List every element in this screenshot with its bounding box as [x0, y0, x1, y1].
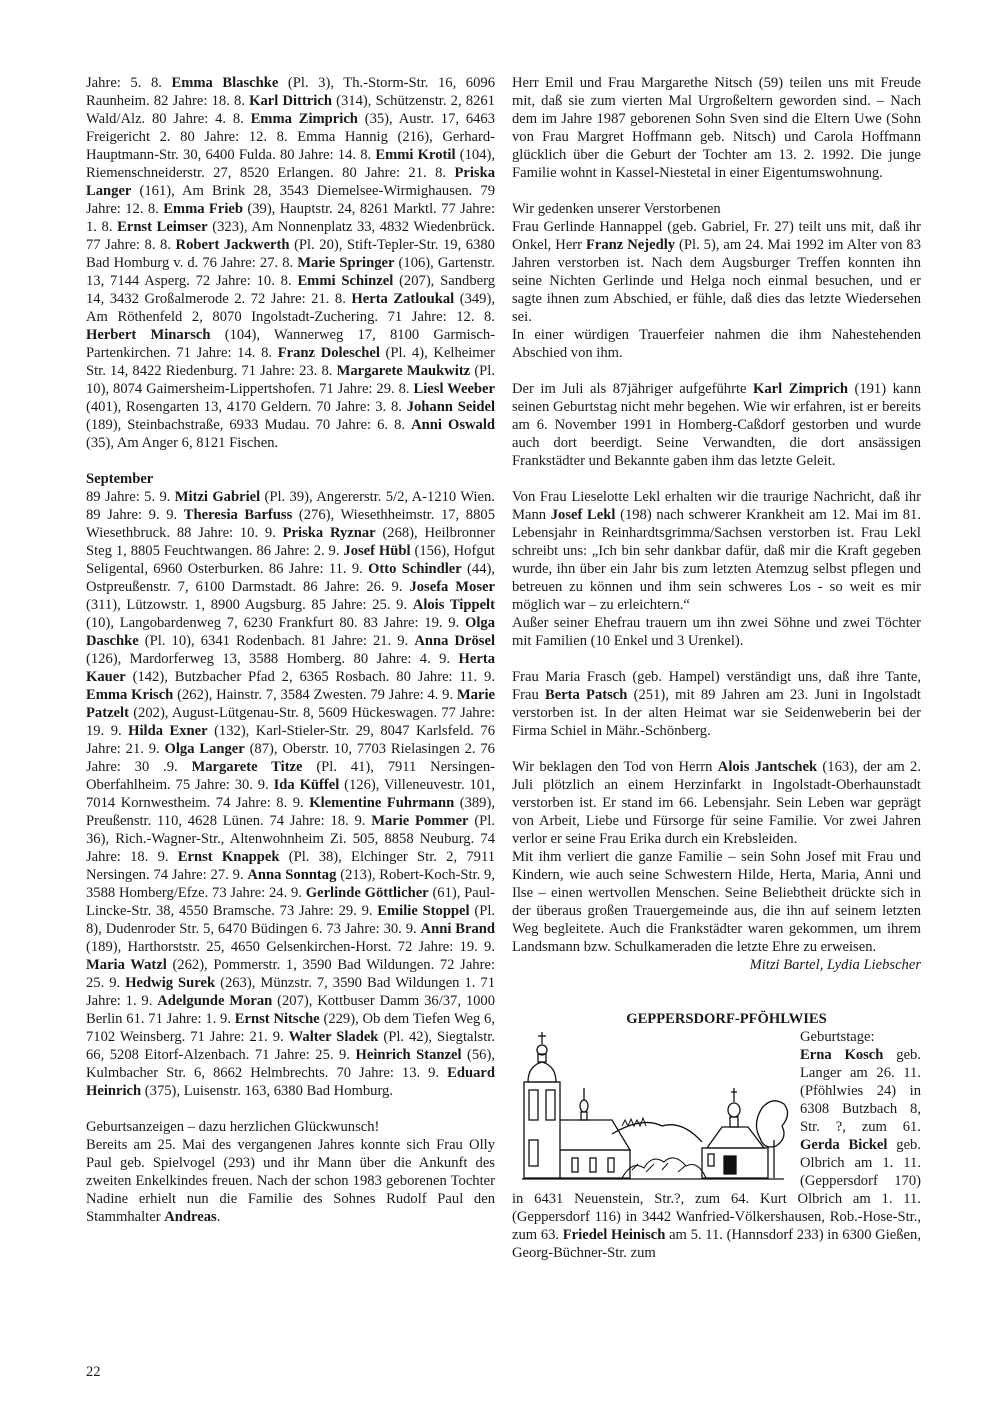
person-name: Maria Watzl	[86, 957, 167, 973]
person-name: Adelgunde Moran	[157, 993, 272, 1009]
signature: Mitzi Bartel, Lydia Liebscher	[750, 956, 921, 974]
nitsch-paragraph: Herr Emil und Frau Margarethe Nitsch (59…	[512, 74, 921, 182]
person-name: Berta Patsch	[545, 687, 627, 703]
person-name: Margarete Maukwitz	[337, 363, 471, 379]
person-name: Theresia Barfuss	[184, 507, 293, 523]
left-column: Jahre: 5. 8. Emma Blaschke (Pl. 3), Th.-…	[86, 74, 495, 1226]
births-heading: Geburtsanzeigen – dazu herzlichen Glückw…	[86, 1118, 495, 1136]
person-name: Herta Zatloukal	[351, 291, 454, 307]
person-name: Josef Lekl	[551, 507, 616, 523]
right-column: Herr Emil und Frau Margarethe Nitsch (59…	[512, 74, 921, 1262]
person-name: Robert Jackwerth	[176, 237, 290, 253]
person-name: Emma Blaschke	[171, 75, 278, 91]
person-name: Emma Frieb	[163, 201, 243, 217]
person-name: Ernst Leimser	[117, 219, 208, 235]
deceased-heading: Wir gedenken unserer Verstorbenen	[512, 200, 921, 218]
person-name: Ernst Knappek	[178, 849, 280, 865]
person-name: Franz Nejedly	[586, 237, 675, 253]
nejedly-paragraph: Frau Gerlinde Hannappel (geb. Gabriel, F…	[512, 218, 921, 326]
september-heading: September	[86, 470, 495, 488]
person-name: Emilie Stoppel	[377, 903, 469, 919]
person-name: Anni Brand	[421, 921, 495, 937]
person-name: Alois Jantschek	[718, 759, 817, 775]
person-name: Marie Springer	[297, 255, 394, 271]
person-name: Hilda Exner	[128, 723, 207, 739]
person-name: Marie Pommer	[371, 813, 468, 829]
person-name: Franz Doleschel	[278, 345, 380, 361]
person-name: Herbert Minarsch	[86, 327, 210, 343]
person-name: Hedwig Surek	[125, 975, 215, 991]
person-name: Emma Zimprich	[251, 111, 358, 127]
person-name: Heinrich Stanzel	[355, 1047, 461, 1063]
person-name: Karl Dittrich	[249, 93, 332, 109]
births-paragraph: Bereits am 25. Mai des vergangenen Jahre…	[86, 1136, 495, 1226]
nejedly-paragraph-2: In einer würdigen Trauerfeier nahmen die…	[512, 326, 921, 362]
lekl-paragraph-2: Außer seiner Ehefrau trauern um ihn zwei…	[512, 614, 921, 650]
person-name: Herta Kauer	[86, 651, 495, 685]
person-name: Gerda Bickel	[800, 1137, 887, 1153]
person-name: Josefa Moser	[409, 579, 495, 595]
person-name: Priska Langer	[86, 165, 495, 199]
lekl-paragraph: Von Frau Lieselotte Lekl erhalten wir di…	[512, 488, 921, 614]
region-section: Geburtstage: Erna Kosch geb. Langer am 2…	[512, 1028, 921, 1262]
jantschek-text: Mit ihm verliert die ganze Familie – sei…	[512, 849, 921, 955]
person-name: Klementine Fuhrmann	[309, 795, 454, 811]
person-name: Johann Seidel	[407, 399, 495, 415]
person-name: Karl Zimprich	[753, 381, 848, 397]
person-name: Eduard Heinrich	[86, 1065, 495, 1099]
region-title: GEPPERSDORF-PFÖHLWIES	[512, 1010, 921, 1028]
jantschek-paragraph: Wir beklagen den Tod von Herrn Alois Jan…	[512, 758, 921, 848]
august-birthdays-paragraph: Jahre: 5. 8. Emma Blaschke (Pl. 3), Th.-…	[86, 74, 495, 452]
person-name: Priska Ryznar	[283, 525, 376, 541]
person-name: Mitzi Gabriel	[175, 489, 260, 505]
person-name: Ernst Nitsche	[235, 1011, 320, 1027]
person-name: Anni Oswald	[411, 417, 495, 433]
person-name: Anna Sonntag	[247, 867, 336, 883]
person-name: Olga Langer	[165, 741, 245, 757]
zimprich-paragraph: Der im Juli als 87jähriger aufgeführte K…	[512, 380, 921, 470]
person-name: Otto Schindler	[368, 561, 462, 577]
person-name: Emma Krisch	[86, 687, 173, 703]
person-name: Friedel Heinisch	[563, 1227, 666, 1243]
person-name: Gerlinde Göttlicher	[306, 885, 429, 901]
person-name: Margarete Titze	[191, 759, 302, 775]
person-name: Alois Tippelt	[413, 597, 495, 613]
person-name: Andreas	[164, 1209, 216, 1225]
person-name: Anna Drösel	[414, 633, 495, 649]
church-village-drawing-icon	[512, 1030, 794, 1180]
person-name: Liesl Weeber	[414, 381, 496, 397]
person-name: Ida Küffel	[274, 777, 340, 793]
patsch-paragraph: Frau Maria Frasch (geb. Hampel) verständ…	[512, 668, 921, 740]
september-birthdays-paragraph: 89 Jahre: 5. 9. Mitzi Gabriel (Pl. 39), …	[86, 488, 495, 1100]
page-number: 22	[86, 1364, 101, 1381]
person-name: Josef Hübl	[343, 543, 410, 559]
jantschek-paragraph-2: Mit ihm verliert die ganze Familie – sei…	[512, 848, 921, 956]
person-name: Erna Kosch	[800, 1047, 883, 1063]
person-name: Walter Sladek	[289, 1029, 379, 1045]
person-name: Emmi Schinzel	[297, 273, 393, 289]
person-name: Emmi Krotil	[375, 147, 455, 163]
